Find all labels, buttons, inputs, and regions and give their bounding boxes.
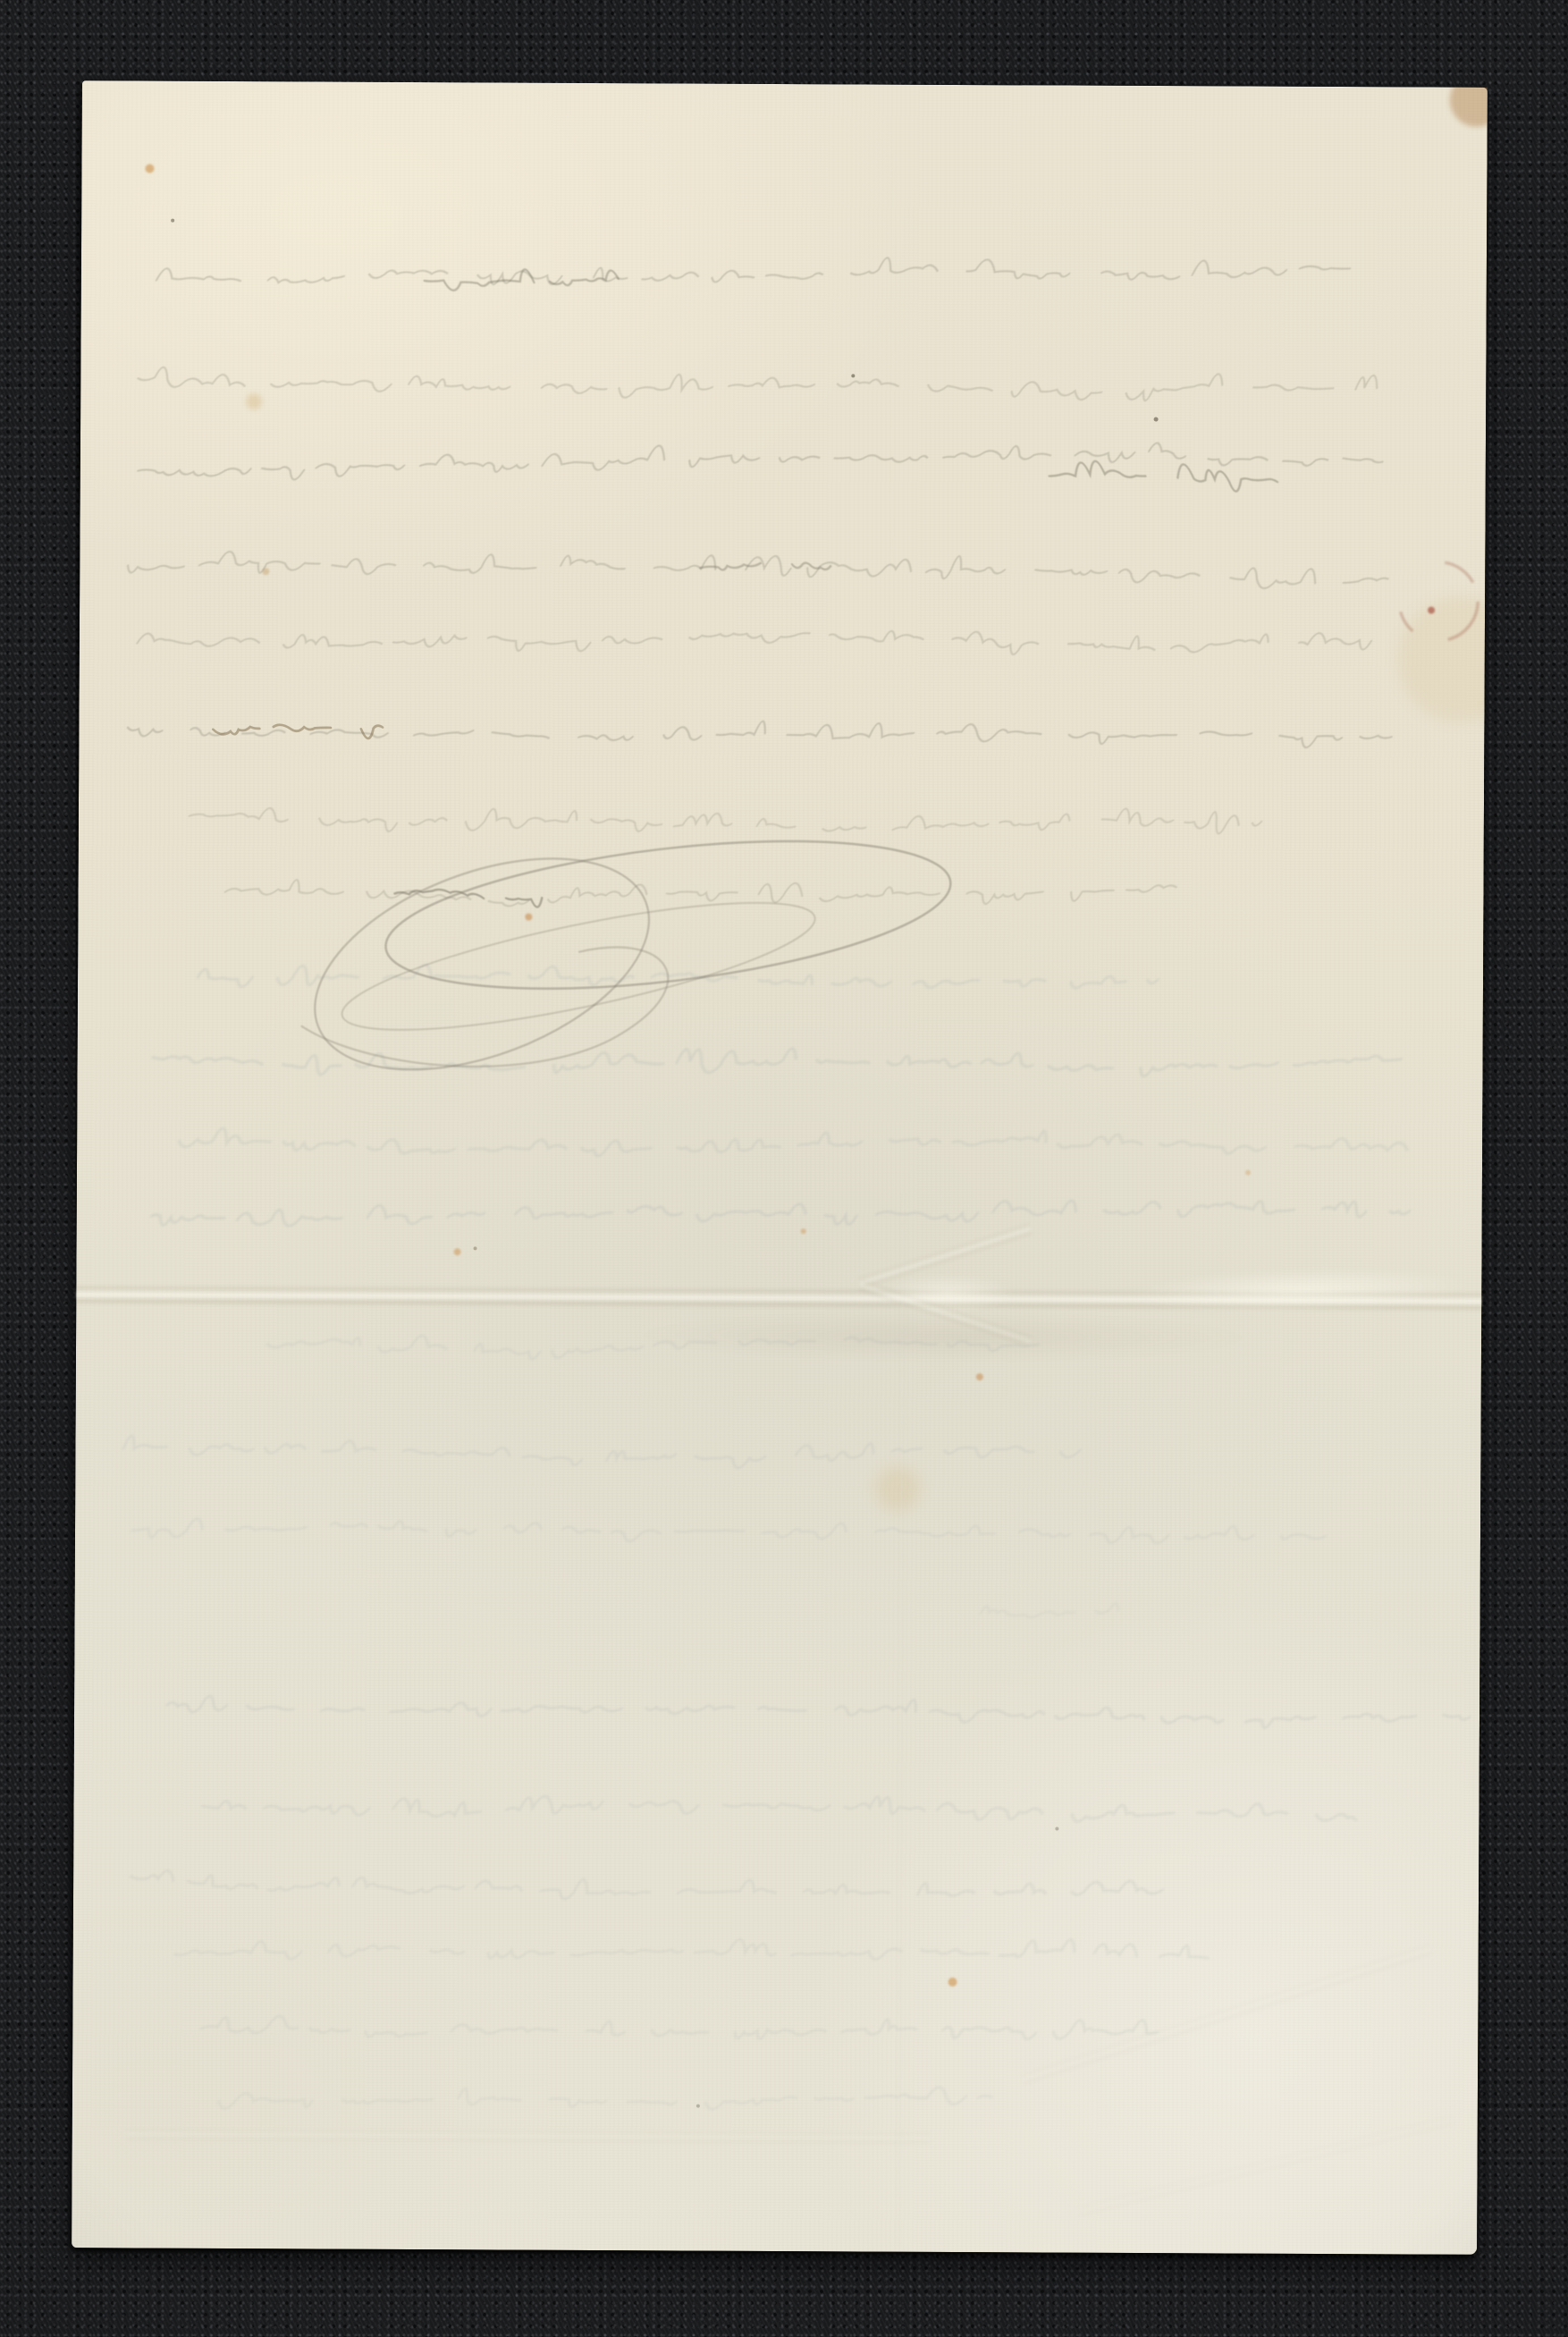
handwriting-line: [133, 367, 1404, 402]
foxing-dot: [976, 1373, 983, 1380]
letter-page: [72, 80, 1488, 2255]
stain-spot: [246, 393, 262, 409]
foxing-dot: [1245, 1170, 1251, 1176]
handwriting-line: [216, 2084, 1006, 2113]
ink-fragment: [1047, 461, 1292, 492]
foxing-dot: [1428, 607, 1435, 614]
handwriting-line: [135, 628, 1396, 656]
foxing-dot: [525, 914, 532, 921]
stain-spot: [874, 1466, 921, 1513]
stain-spot: [1450, 80, 1488, 127]
fiber-speck: [171, 219, 174, 223]
handwriting-line: [176, 1126, 1431, 1160]
handwriting-line: [149, 1195, 1441, 1231]
foxing-dot: [145, 165, 154, 173]
handwriting-line: [199, 1793, 1387, 1823]
fiber-speck: [851, 374, 855, 377]
handwriting-line: [980, 1603, 1138, 1618]
fiber-speck: [696, 2105, 700, 2108]
foxing-dot: [801, 1228, 806, 1234]
handwriting-line: [173, 1936, 1229, 1964]
handwriting-line: [119, 1436, 1111, 1470]
foxing-dot: [454, 1248, 461, 1255]
foxing-dot: [948, 1978, 957, 1987]
fiber-speck: [474, 1246, 477, 1250]
fiber-speck: [1154, 418, 1159, 422]
handwriting-line: [163, 1696, 1488, 1729]
ink-fragment: [213, 724, 398, 738]
handwriting-line: [196, 964, 1172, 991]
photo-background: [0, 0, 1568, 2337]
handwriting-layer: [72, 80, 1488, 2255]
handwriting-lines: [116, 254, 1488, 2114]
flourish-tail: [301, 946, 669, 1067]
flourish-stroke: [333, 877, 822, 1056]
ink-fragment: [423, 269, 638, 291]
fiber-speck: [1055, 1827, 1058, 1831]
handwriting-line: [199, 2015, 1186, 2040]
handwriting-line: [130, 1518, 1347, 1545]
handwriting-line: [264, 1335, 1058, 1362]
oval-flourish: [285, 813, 959, 1114]
handwriting-line: [186, 804, 1295, 835]
handwriting-line: [156, 254, 1371, 288]
handwriting-line: [148, 1045, 1429, 1080]
handwriting-line: [124, 718, 1422, 747]
handwriting-line: [136, 438, 1412, 485]
handwriting-line: [123, 551, 1416, 588]
handwriting-line: [125, 1870, 1194, 1902]
